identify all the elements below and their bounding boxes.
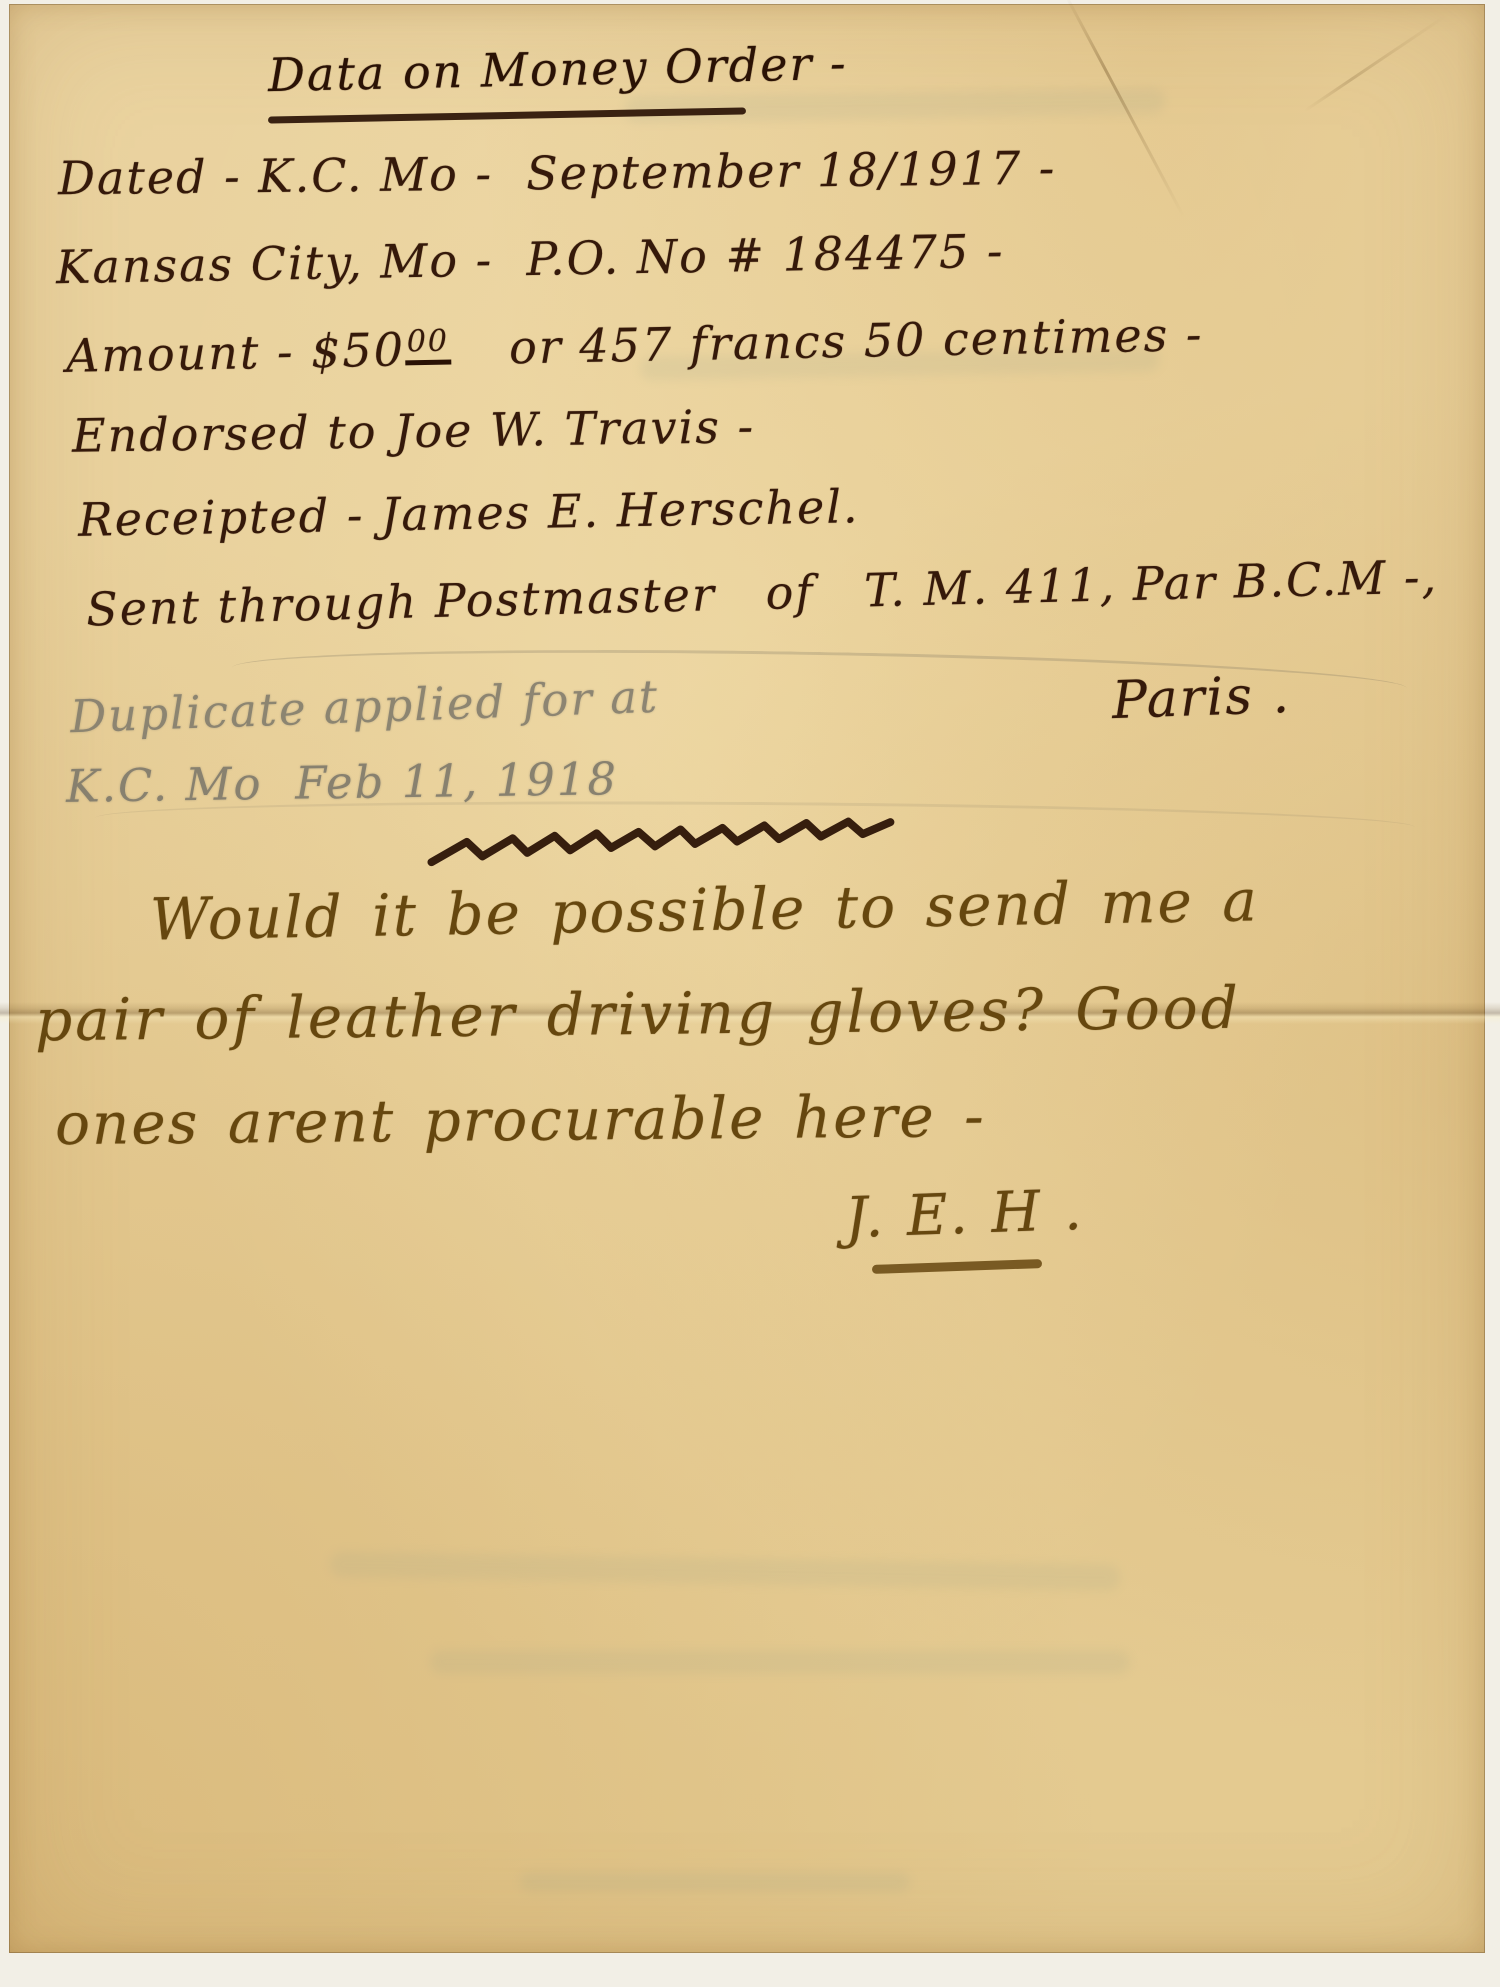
dated-line: Dated - K.C. Mo - September 18/1917 - bbox=[58, 141, 1057, 205]
signature: J. E. H . bbox=[844, 1178, 1085, 1251]
endorsed-line: Endorsed to Joe W. Travis - bbox=[72, 399, 756, 463]
bleed-through-mark bbox=[430, 1650, 1130, 1674]
amount-dollars: Amount - $50 bbox=[66, 322, 406, 382]
amount-cents: 00 bbox=[404, 324, 451, 366]
request-line-3: ones arent procurable here - bbox=[55, 1082, 986, 1158]
pencil-note-line-2: K.C. Mo Feb 11, 1918 bbox=[66, 752, 619, 813]
bleed-through-mark bbox=[520, 1872, 910, 1892]
request-line-2: pair of leather driving gloves? Good bbox=[35, 974, 1241, 1055]
paris-line: Paris . bbox=[1111, 665, 1292, 731]
scanned-letter: Data on Money Order - Dated - K.C. Mo - … bbox=[0, 0, 1500, 1987]
